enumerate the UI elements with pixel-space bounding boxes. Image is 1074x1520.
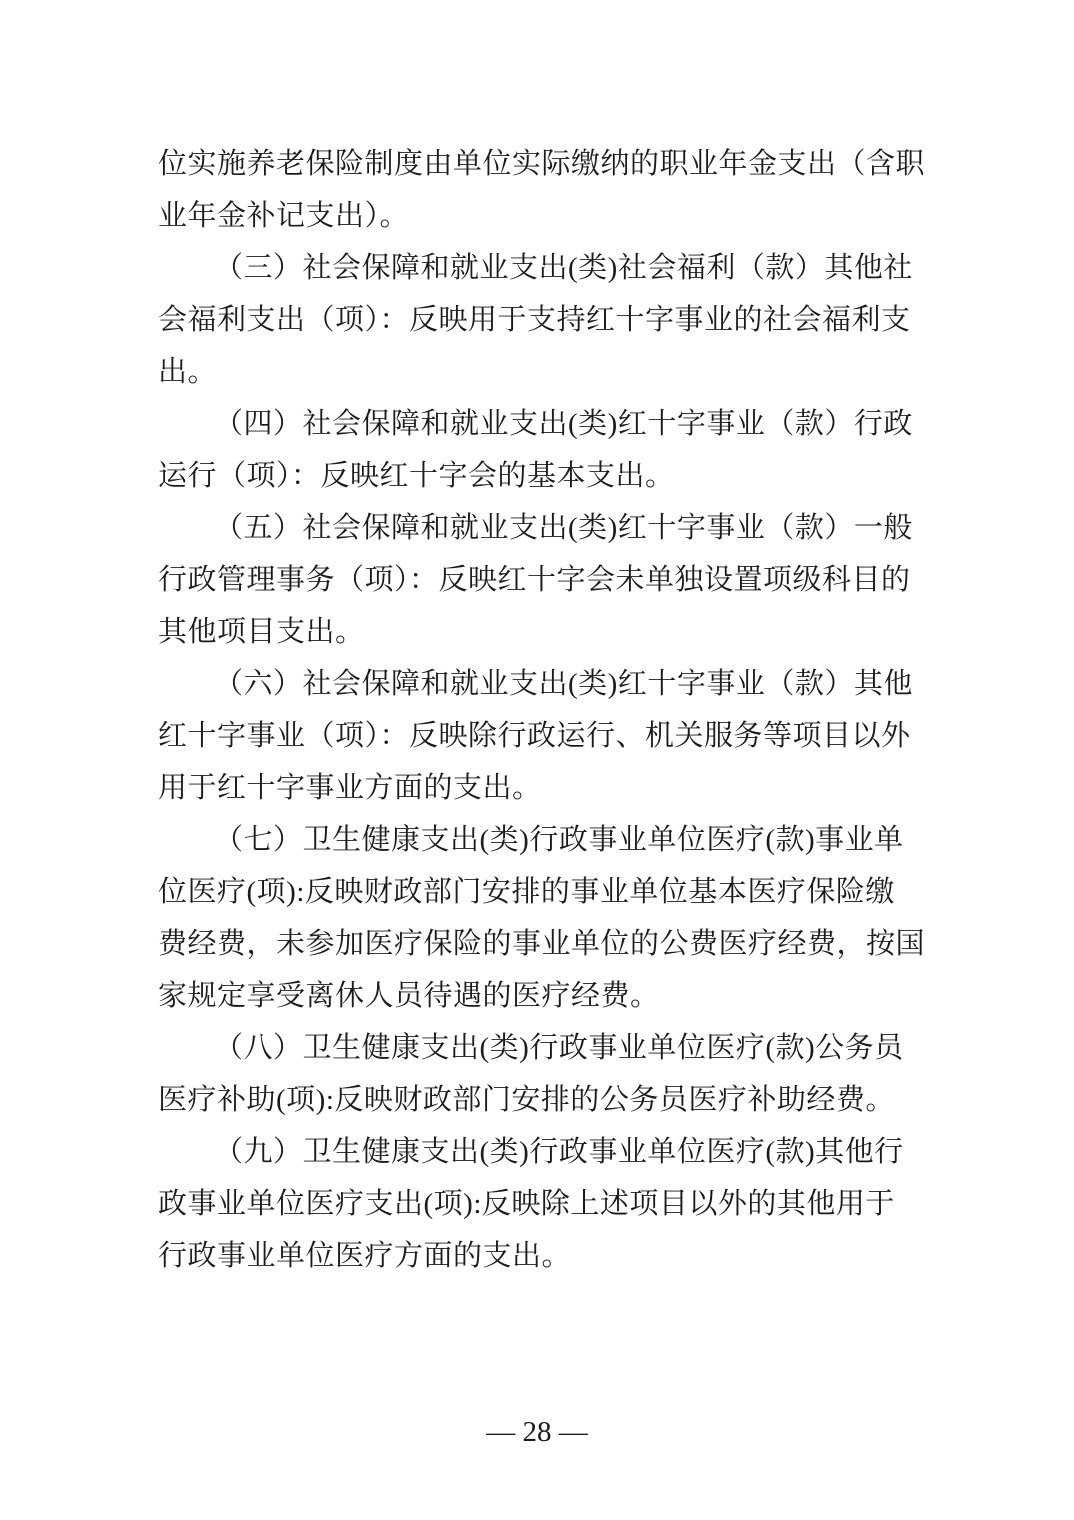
text-line: 家规定享受离休人员待遇的医疗经费。 [158, 970, 914, 1022]
text-line: 行政事业单位医疗方面的支出。 [158, 1230, 914, 1282]
paragraph: （五）社会保障和就业支出(类)红十字事业（款）一般行政管理事务（项）：反映红十字… [158, 502, 914, 658]
text-line: 医疗补助(项):反映财政部门安排的公务员医疗补助经费。 [158, 1074, 914, 1126]
paragraph: （七）卫生健康支出(类)行政事业单位医疗(款)事业单位医疗(项):反映财政部门安… [158, 814, 914, 1022]
document-page: 位实施养老保险制度由单位实际缴纳的职业年金支出（含职业年金补记支出）。（三）社会… [0, 0, 1074, 1520]
paragraph: （四）社会保障和就业支出(类)红十字事业（款）行政运行（项）：反映红十字会的基本… [158, 398, 914, 502]
text-line: （五）社会保障和就业支出(类)红十字事业（款）一般 [158, 502, 914, 554]
text-line: （三）社会保障和就业支出(类)社会福利（款）其他社 [158, 242, 914, 294]
text-line: 会福利支出（项）：反映用于支持红十字事业的社会福利支 [158, 294, 914, 346]
text-line: （四）社会保障和就业支出(类)红十字事业（款）行政 [158, 398, 914, 450]
document-body: 位实施养老保险制度由单位实际缴纳的职业年金支出（含职业年金补记支出）。（三）社会… [158, 138, 914, 1282]
text-line: 出。 [158, 346, 914, 398]
paragraph: （九）卫生健康支出(类)行政事业单位医疗(款)其他行政事业单位医疗支出(项):反… [158, 1126, 914, 1282]
text-line: 红十字事业（项）：反映除行政运行、机关服务等项目以外 [158, 710, 914, 762]
paragraph: （八）卫生健康支出(类)行政事业单位医疗(款)公务员医疗补助(项):反映财政部门… [158, 1022, 914, 1126]
text-line: 其他项目支出。 [158, 606, 914, 658]
paragraph: （三）社会保障和就业支出(类)社会福利（款）其他社会福利支出（项）：反映用于支持… [158, 242, 914, 398]
text-line: 政事业单位医疗支出(项):反映除上述项目以外的其他用于 [158, 1178, 914, 1230]
paragraph: 位实施养老保险制度由单位实际缴纳的职业年金支出（含职业年金补记支出）。 [158, 138, 914, 242]
page-footer: — 28 — [0, 1406, 1074, 1458]
text-line: （八）卫生健康支出(类)行政事业单位医疗(款)公务员 [158, 1022, 914, 1074]
text-line: 费经费，未参加医疗保险的事业单位的公费医疗经费，按国 [158, 918, 914, 970]
text-line: 用于红十字事业方面的支出。 [158, 762, 914, 814]
text-line: （六）社会保障和就业支出(类)红十字事业（款）其他 [158, 658, 914, 710]
text-line: 位医疗(项):反映财政部门安排的事业单位基本医疗保险缴 [158, 866, 914, 918]
text-line: 位实施养老保险制度由单位实际缴纳的职业年金支出（含职 [158, 138, 914, 190]
text-line: 运行（项）：反映红十字会的基本支出。 [158, 450, 914, 502]
text-line: 行政管理事务（项）：反映红十字会未单独设置项级科目的 [158, 554, 914, 606]
text-line: （七）卫生健康支出(类)行政事业单位医疗(款)事业单 [158, 814, 914, 866]
text-line: （九）卫生健康支出(类)行政事业单位医疗(款)其他行 [158, 1126, 914, 1178]
paragraph: （六）社会保障和就业支出(类)红十字事业（款）其他红十字事业（项）：反映除行政运… [158, 658, 914, 814]
page-number: — 28 — [486, 1416, 588, 1448]
text-line: 业年金补记支出）。 [158, 190, 914, 242]
